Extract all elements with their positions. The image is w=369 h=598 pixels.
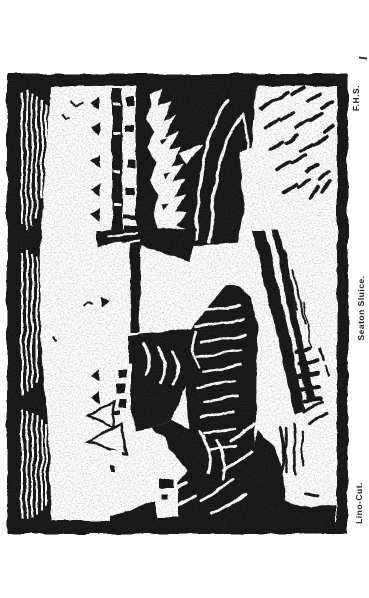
linocut-print <box>0 0 369 598</box>
scanned-book-plate: F.H.S. Seaton Sluice. Lino-Cut. <box>0 0 369 598</box>
technique-label: Lino-Cut. <box>354 482 364 524</box>
scan-grain-overlay <box>7 74 348 534</box>
artist-initials-label: F.H.S. <box>351 85 361 111</box>
print-caption-label: Seaton Sluice. <box>356 275 366 340</box>
